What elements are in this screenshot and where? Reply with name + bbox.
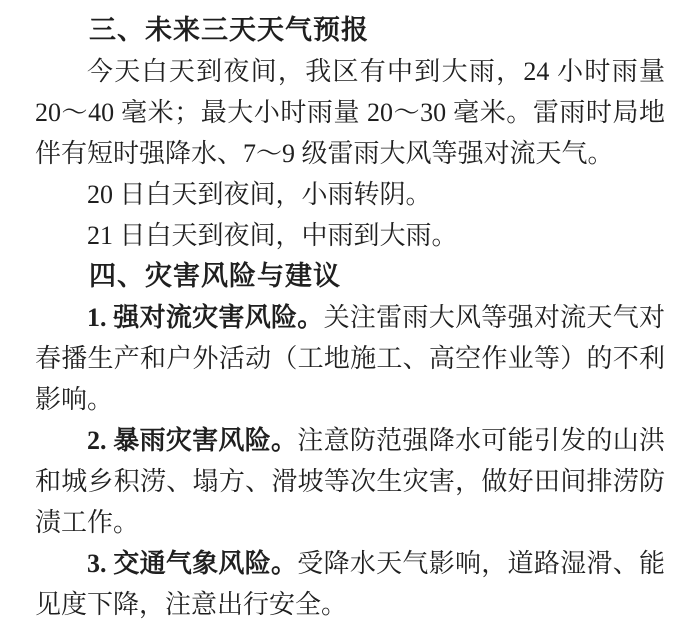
risk-item-rainstorm: 2. 暴雨灾害风险。注意防范强降水可能引发的山洪和城乡积涝、塌方、滑坡等次生灾害… bbox=[35, 420, 665, 543]
forecast-day21-paragraph: 21 日白天到夜间，中雨到大雨。 bbox=[35, 215, 665, 256]
forecast-day20-paragraph: 20 日白天到夜间，小雨转阴。 bbox=[35, 174, 665, 215]
section-heading-three-day-forecast: 三、未来三天天气预报 bbox=[35, 10, 665, 51]
risk-item-traffic: 3. 交通气象风险。受降水天气影响，道路湿滑、能见度下降，注意出行安全。 bbox=[35, 543, 665, 625]
section-heading-risk-advice: 四、灾害风险与建议 bbox=[35, 256, 665, 297]
risk-item-convective: 1. 强对流灾害风险。关注雷雨大风等强对流天气对春播生产和户外活动（工地施工、高… bbox=[35, 297, 665, 420]
risk-item-rainstorm-title: 2. 暴雨灾害风险。 bbox=[87, 426, 297, 455]
risk-item-convective-title: 1. 强对流灾害风险。 bbox=[87, 303, 324, 332]
risk-item-traffic-title: 3. 交通气象风险。 bbox=[87, 549, 297, 578]
document-page: 三、未来三天天气预报 今天白天到夜间，我区有中到大雨，24 小时雨量 20～40… bbox=[0, 0, 688, 637]
forecast-today-paragraph: 今天白天到夜间，我区有中到大雨，24 小时雨量 20～40 毫米；最大小时雨量 … bbox=[35, 51, 665, 174]
